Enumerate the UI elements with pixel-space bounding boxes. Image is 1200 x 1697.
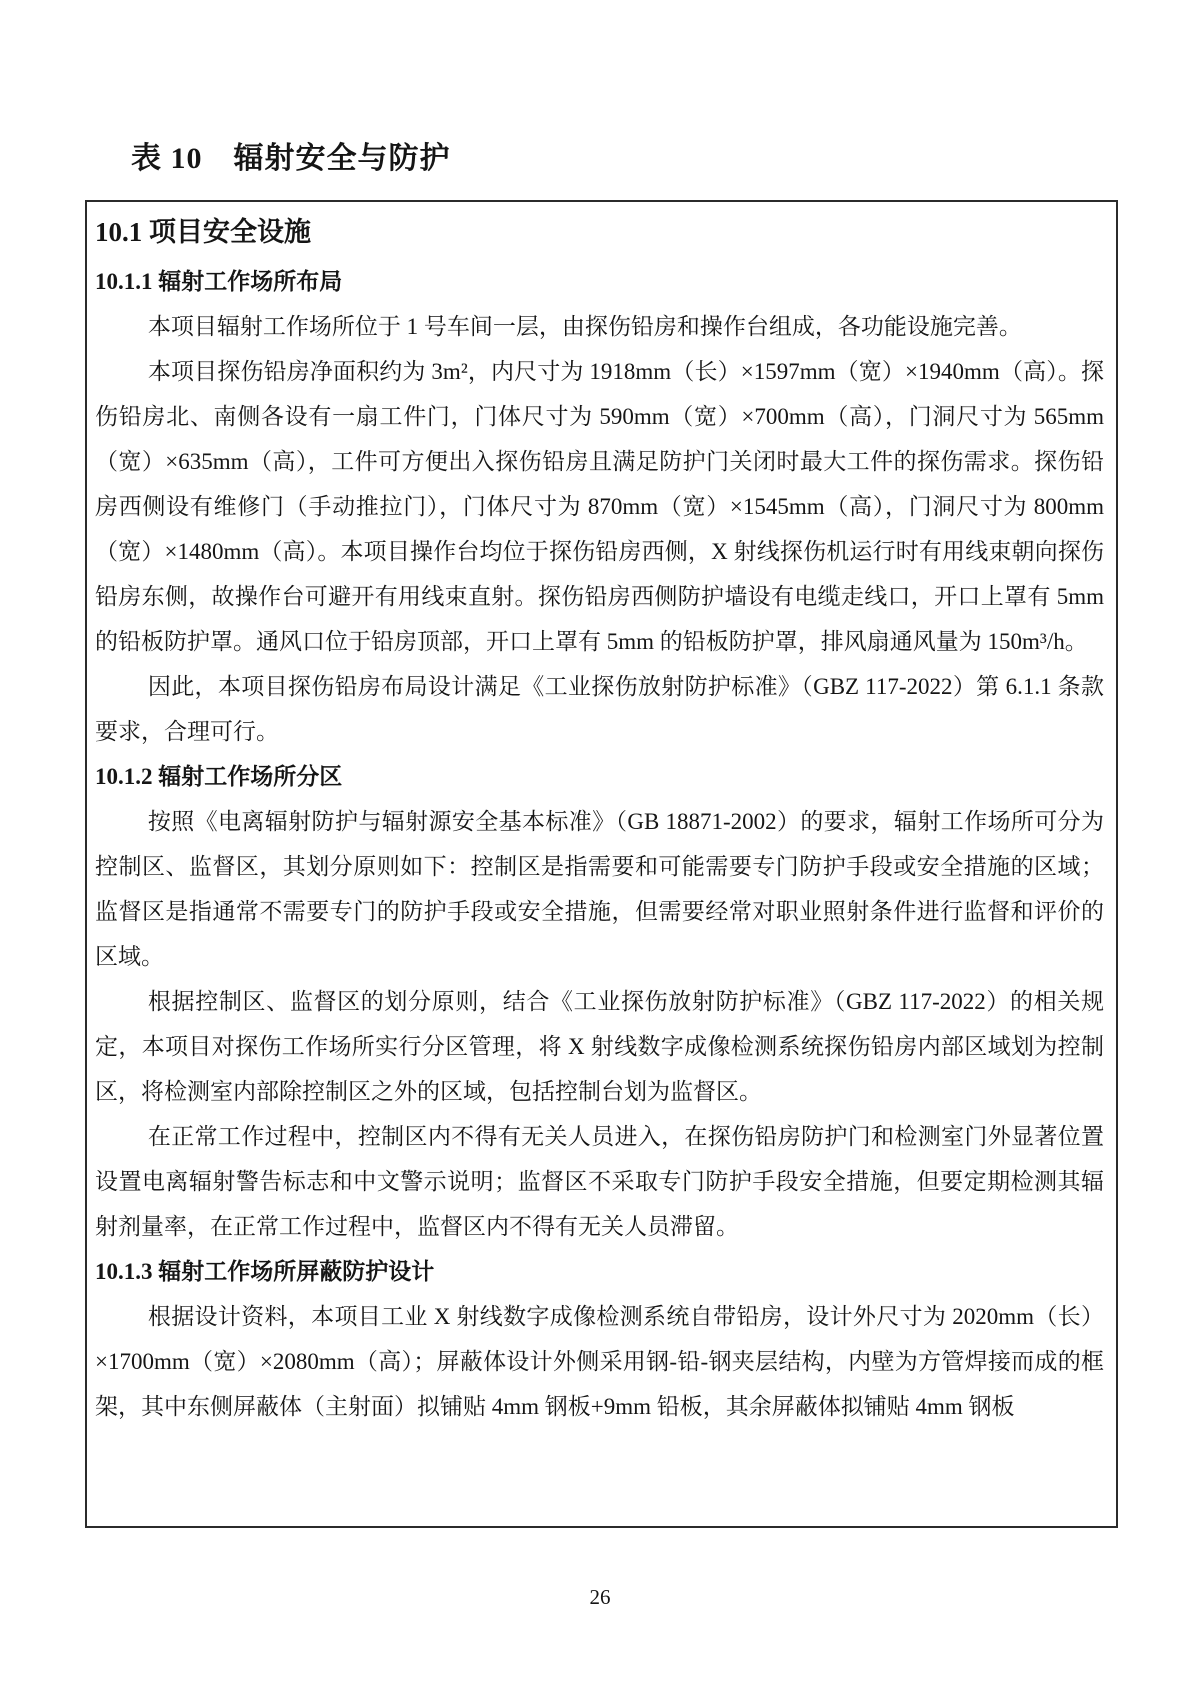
subsection-layout: 10.1.1 辐射工作场所布局 本项目辐射工作场所位于 1 号车间一层，由探伤铅… [95, 259, 1104, 754]
paragraph: 本项目辐射工作场所位于 1 号车间一层，由探伤铅房和操作台组成，各功能设施完善。 [95, 304, 1104, 349]
content-box: 10.1 项目安全设施 10.1.1 辐射工作场所布局 本项目辐射工作场所位于 … [85, 200, 1118, 1528]
paragraph: 本项目探伤铅房净面积约为 3m²，内尺寸为 1918mm（长）×1597mm（宽… [95, 349, 1104, 664]
document-title: 表 10 辐射安全与防护 [131, 133, 451, 177]
document-page: 表 10 辐射安全与防护 10.1 项目安全设施 10.1.1 辐射工作场所布局… [0, 0, 1200, 1697]
subsection-heading-10-1-2: 10.1.2 辐射工作场所分区 [95, 754, 1104, 799]
subsection-heading-10-1-3: 10.1.3 辐射工作场所屏蔽防护设计 [95, 1249, 1104, 1294]
paragraph: 因此，本项目探伤铅房布局设计满足《工业探伤放射防护标准》（GBZ 117-202… [95, 664, 1104, 754]
paragraph: 在正常工作过程中，控制区内不得有无关人员进入，在探伤铅房防护门和检测室门外显著位… [95, 1114, 1104, 1249]
paragraph: 根据设计资料，本项目工业 X 射线数字成像检测系统自带铅房，设计外尺寸为 202… [95, 1294, 1104, 1429]
subsection-shielding: 10.1.3 辐射工作场所屏蔽防护设计 根据设计资料，本项目工业 X 射线数字成… [95, 1249, 1104, 1429]
subsection-zoning: 10.1.2 辐射工作场所分区 按照《电离辐射防护与辐射源安全基本标准》（GB … [95, 754, 1104, 1249]
page-number: 26 [0, 1585, 1200, 1610]
paragraph: 根据控制区、监督区的划分原则，结合《工业探伤放射防护标准》（GBZ 117-20… [95, 979, 1104, 1114]
subsection-heading-10-1-1: 10.1.1 辐射工作场所布局 [95, 259, 1104, 304]
section-title: 10.1 项目安全设施 [95, 211, 1104, 253]
paragraph: 按照《电离辐射防护与辐射源安全基本标准》（GB 18871-2002）的要求，辐… [95, 799, 1104, 979]
